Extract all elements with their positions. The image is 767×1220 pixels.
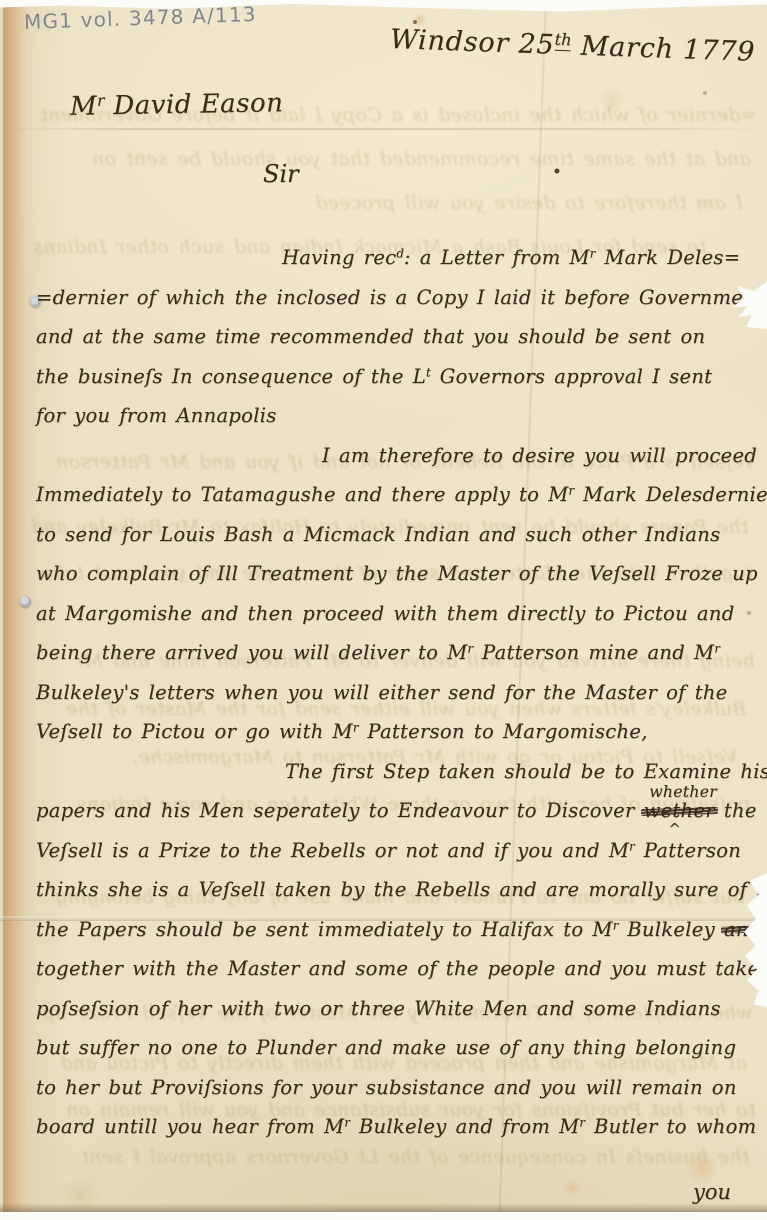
letter-line-9: who complain of Ill Treatment by the Mas…: [36, 562, 756, 602]
scan-background-bottom: [0, 1212, 767, 1220]
letter-line-15: papers and his Men seperately to Endeavo…: [36, 799, 756, 839]
superscript: r: [467, 642, 473, 656]
letter-line-11: being there arrived you will deliver to …: [36, 641, 756, 681]
letter-line-10: at Margomishe and then proceed with them…: [36, 602, 756, 642]
bleedthrough-line: and at the same time recommended that yo…: [92, 148, 751, 170]
superscript: t: [426, 365, 431, 379]
letter-line-1: Having recd: a Letter from Mr Mark Deles…: [36, 246, 756, 286]
superscript: r: [353, 721, 359, 735]
letter-line-12: Bulkeley's letters when you will either …: [36, 681, 756, 721]
letter-line-22: to her but Proviſsions for your subsista…: [36, 1076, 756, 1116]
letter-line-19: together with the Master and some of the…: [36, 957, 756, 997]
letter-line-13: Veſsell to Pictou or go with Mr Patterso…: [36, 720, 756, 760]
letter-line-17: thinks she is a Veſsell taken by the Reb…: [36, 878, 756, 918]
letter-body: Having recd: a Letter from Mr Mark Deles…: [36, 246, 756, 1155]
letter-line-18: the Papers should be sent immediately to…: [36, 918, 756, 958]
recipient-line: Mr David Eason: [70, 88, 284, 122]
letter-line-2: =dernier of which the inclosed is a Copy…: [36, 286, 756, 326]
letter-line-16: Veſsell is a Prize to the Rebells or not…: [36, 839, 756, 879]
struck-word: wetherwhether^: [644, 799, 715, 822]
letter-line-3: and at the same time recommended that yo…: [36, 325, 756, 365]
superscript: r: [344, 1116, 350, 1130]
letter-line-6: I am therefore to desire you will procee…: [36, 444, 756, 484]
manuscript-letter-scan: =dernier of which the inclosed is a Copy…: [0, 0, 767, 1220]
letter-line-4: the busineſs In consequence of the Lt Go…: [36, 365, 756, 405]
letter-line-7: Immediately to Tatamagushe and there app…: [36, 483, 756, 523]
superscript: r: [568, 484, 574, 498]
paper-bottom-edge-shadow: [0, 1203, 767, 1212]
superscript: r: [579, 1116, 585, 1130]
letter-line-8: to send for Louis Bash a Micmack Indian …: [36, 523, 756, 563]
catchword: you: [693, 1180, 731, 1204]
pin-hole: [20, 596, 31, 607]
insertion-caret: ^: [669, 821, 682, 838]
letter-line-5: for you from Annapolis: [36, 404, 756, 444]
superscript: r: [97, 92, 105, 110]
letter-line-20: poſseſsion of her with two or three Whit…: [36, 997, 756, 1037]
superscript: r: [590, 247, 596, 261]
bleedthrough-line: I am therefore to desire you will procee…: [315, 192, 743, 214]
superscript: th: [554, 30, 572, 52]
letter-line-23: board untill you hear from Mr Bulkeley a…: [36, 1115, 756, 1155]
superscript: r: [613, 918, 619, 932]
salutation: Sir: [263, 160, 299, 188]
superscript: r: [629, 839, 635, 853]
superscript: d: [396, 247, 403, 261]
letter-line-14: The first Step taken should be to Examin…: [36, 760, 756, 800]
inserted-word: whether: [649, 783, 717, 801]
superscript: r: [714, 642, 720, 656]
letter-line-21: but suffer no one to Plunder and make us…: [36, 1036, 756, 1076]
